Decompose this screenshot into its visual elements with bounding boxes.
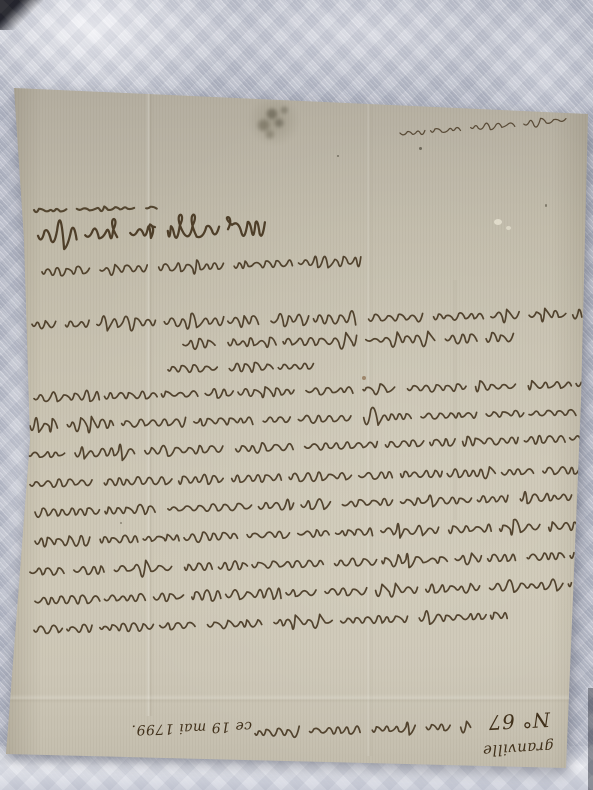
handwriting-line [34,207,157,213]
docket-number-upside-down: N° 67 [485,703,550,734]
ink-speck [419,147,422,150]
paper-crease-horizontal [10,694,570,703]
handwriting-line [35,519,578,546]
handwriting-line [38,215,265,249]
handwriting-line [30,553,574,577]
paper-crease-vertical-mid [366,96,373,756]
handwriting-line [34,381,581,402]
ink-speck [337,155,339,157]
ink-speck [362,376,366,380]
letter-paper: ce 19 mai 1799. N° 67 granville [0,0,593,790]
paper-crease-vertical-left [146,86,153,716]
paper-flaw-speck [506,226,511,230]
handwriting-line [168,362,313,372]
handwriting-line [400,118,566,134]
handwriting-line [255,721,471,737]
handwriting-line [42,256,361,276]
handwriting-line [183,331,513,349]
handwriting-line [30,408,576,433]
paper-crease-vertical-right [452,280,458,520]
handwriting-line [35,492,572,517]
handwriting-ink-svg [0,0,593,790]
handwriting-line [30,467,579,487]
paper-shadow-wrapper: ce 19 mai 1799. N° 67 granville [0,0,593,790]
paper-flaw-speck [494,219,502,225]
handwriting-line [28,436,581,461]
ink-stain [248,100,300,146]
docket-name-upside-down: granville [473,734,554,761]
handwriting-line [35,579,571,604]
photograph: ce 19 mai 1799. N° 67 granville [0,0,593,790]
ink-speck [120,522,122,524]
handwriting-line [32,308,582,331]
handwriting-line [34,611,507,634]
docket-date-upside-down: ce 19 mai 1799. [50,712,253,740]
ink-speck [545,204,547,207]
